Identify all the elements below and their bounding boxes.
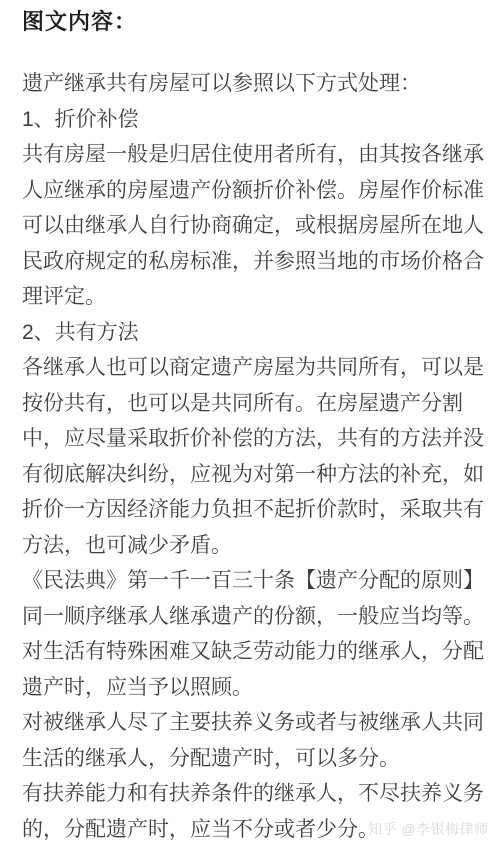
article-page: 图文内容： 遗产继承共有房屋可以参照以下方式处理： 1、折价补偿 共有房屋一般是… xyxy=(0,0,500,853)
section-1-body: 共有房屋一般是归居住使用者所有，由其按各继承人应继承的房屋遗产份额折价补偿。房屋… xyxy=(22,137,485,315)
section-1-heading: 1、折价补偿 xyxy=(22,102,485,138)
page-title: 图文内容： xyxy=(0,0,500,37)
law-article-1130-paragraph: 《民法典》第一千一百三十条【遗产分配的原则】同一顺序继承人继承遗产的份额，一般应… xyxy=(22,563,485,705)
intro-paragraph: 遗产继承共有房屋可以参照以下方式处理： xyxy=(22,66,485,102)
law-less-share-paragraph: 有扶养能力和有扶养条件的继承人，不尽扶养义务的，分配遗产时，应当不分或者少分。 xyxy=(22,776,485,847)
section-2-heading: 2、共有方法 xyxy=(22,315,485,351)
law-more-share-paragraph: 对被继承人尽了主要扶养义务或者与被继承人共同生活的继承人，分配遗产时，可以多分。 xyxy=(22,705,485,776)
section-2-body: 各继承人也可以商定遗产房屋为共同所有，可以是按份共有，也可以是共同所有。在房屋遗… xyxy=(22,350,485,563)
article-body: 遗产继承共有房屋可以参照以下方式处理： 1、折价补偿 共有房屋一般是归居住使用者… xyxy=(22,66,485,847)
